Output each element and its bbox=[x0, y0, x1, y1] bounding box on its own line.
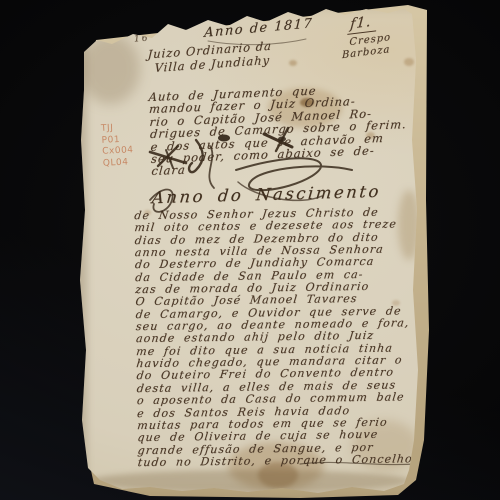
year-heading: Anno de 1817 bbox=[204, 16, 314, 41]
folio-mark: f1. bbox=[347, 13, 378, 34]
archive-reference-stamp: TJJ P01 Cx004 QL04 bbox=[101, 122, 135, 170]
manuscript-photo: 16 Anno de 1817 f1. Crespo Barboza Juizo… bbox=[0, 0, 500, 500]
folio-annotation: Crespo Barboza bbox=[340, 32, 393, 61]
foxing-spot bbox=[289, 60, 297, 66]
auto-title-paragraph: Auto de Juramento quemandou fazer o Juiz… bbox=[148, 81, 408, 178]
court-heading: Juizo Ordinario da Villa de Jundiahy bbox=[147, 39, 273, 76]
paper-stain bbox=[78, 40, 92, 480]
folio-number: f1. bbox=[347, 13, 377, 35]
body-opening-words: Anno do Nascimento bbox=[151, 182, 382, 207]
body-paragraph: de Nosso Senhor Jezus Christo demil oito… bbox=[134, 206, 437, 469]
foxing-spot bbox=[404, 58, 414, 66]
stamp-line: QL04 bbox=[103, 157, 135, 170]
stamp-line: Cx004 bbox=[102, 145, 134, 158]
